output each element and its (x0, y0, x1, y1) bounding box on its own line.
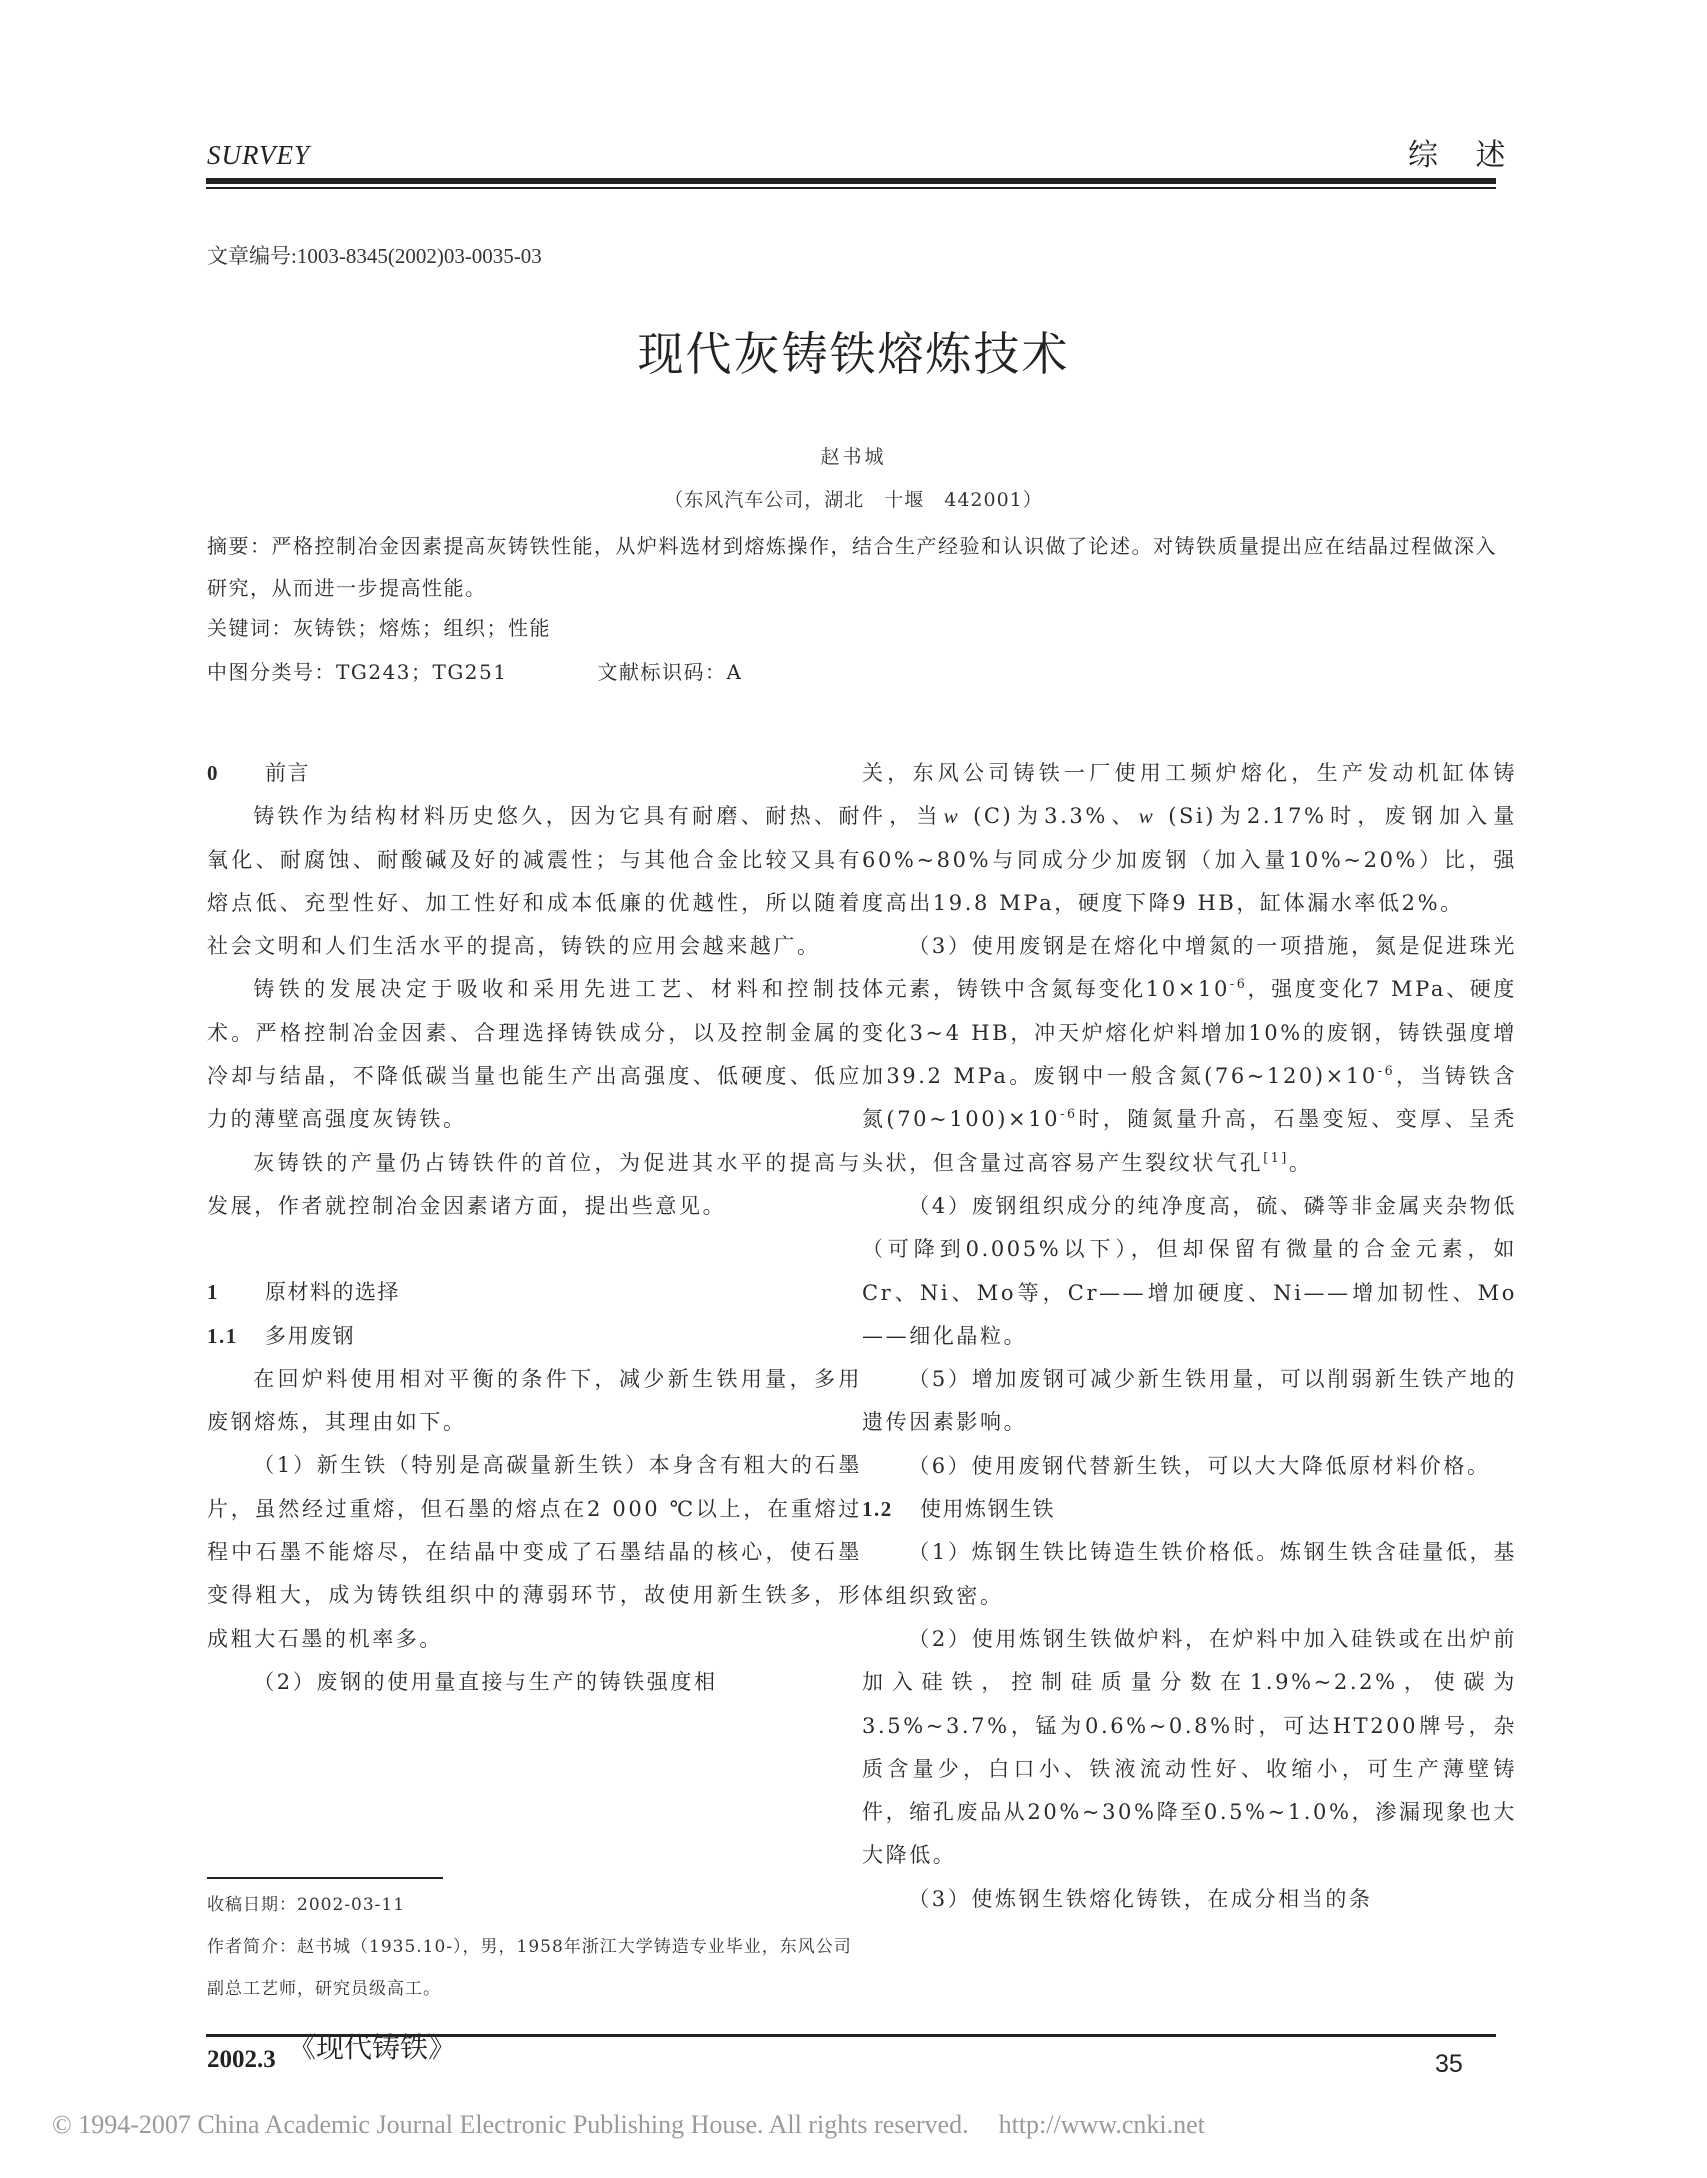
page-number: 35 (1435, 2050, 1463, 2079)
author-affiliation: （东风汽车公司，湖北 十堰 442001） (0, 485, 1707, 512)
running-head-section-en: SURVEY (207, 140, 310, 171)
keywords-label: 关键词： (207, 616, 293, 640)
doc-code: A (726, 660, 742, 684)
author-bio: 作者简介：赵书城（1935.10-），男，1958年浙江大学铸造专业毕业，东风公… (207, 1926, 857, 2010)
paragraph: （1）新生铁（特别是高碳量新生铁）本身含有粗大的石墨片，虽然经过重熔，但石墨的熔… (207, 1444, 862, 1660)
right-column: 关，东风公司铸铁一厂使用工频炉熔化，生产发动机缸体铸件，当w (C)为3.3%、… (862, 752, 1517, 1921)
clc-code: TG243；TG251 (336, 660, 507, 684)
paragraph: （2）使用炼钢生铁做炉料，在炉料中加入硅铁或在出炉前加入硅铁，控制硅质量分数在1… (862, 1618, 1517, 1878)
header-rule-thick (206, 178, 1496, 184)
section-number: 1.2 (862, 1488, 920, 1531)
received-date: 收稿日期：2002-03-11 (207, 1884, 857, 1926)
section-heading-1-1: 1.1多用废钢 (207, 1315, 862, 1358)
paragraph: （3）使用废钢是在熔化中增氮的一项措施，氮是促进珠光体元素，铸铁中含氮每变化10… (862, 925, 1517, 1185)
paper-title: 现代灰铸铁熔炼技术 (0, 318, 1707, 384)
paragraph: （4）废钢组织成分的纯净度高，硫、磷等非金属夹杂物低（可降到0.005%以下），… (862, 1185, 1517, 1358)
article-number: 文章编号:1003-8345(2002)03-0035-03 (207, 240, 542, 270)
keywords: 关键词：灰铸铁；熔炼；组织；性能 (207, 612, 1497, 641)
footnote-rule (207, 1877, 443, 1879)
running-head-section-zh: 综 述 (1408, 130, 1520, 174)
keywords-text: 灰铸铁；熔炼；组织；性能 (293, 616, 551, 640)
doc-code-label: 文献标识码： (597, 660, 726, 684)
paragraph: 灰铸铁的产量仍占铸铁件的首位，为促进其水平的提高与发展，作者就控制冶金因素诸方面… (207, 1142, 862, 1229)
section-title: 多用废钢 (265, 1324, 355, 1348)
section-heading-1: 1原材料的选择 (207, 1271, 862, 1314)
footer-issue: 2002.3 (207, 2046, 276, 2074)
header-rule-thin (206, 187, 1496, 189)
left-column: 0前言 铸铁作为结构材料历史悠久，因为它具有耐磨、耐热、耐氧化、耐腐蚀、耐酸碱及… (207, 752, 862, 1704)
cnki-link[interactable]: http://www.cnki.net (999, 2110, 1205, 2139)
section-number: 1 (207, 1271, 265, 1314)
classification-line: 中图分类号：TG243；TG251文献标识码：A (207, 656, 1497, 685)
abstract-label: 摘要： (207, 534, 272, 558)
section-title: 使用炼钢生铁 (920, 1497, 1055, 1521)
footer-journal-name: 《现代铸铁》 (288, 2026, 456, 2066)
paragraph: （5）增加废钢可减少新生铁用量，可以削弱新生铁产地的遗传因素影响。 (862, 1358, 1517, 1445)
section-heading-1-2: 1.2使用炼钢生铁 (862, 1488, 1517, 1531)
clc-label: 中图分类号： (207, 660, 336, 684)
paragraph: （6）使用废钢代替新生铁，可以大大降低原材料价格。 (862, 1445, 1517, 1488)
footnotes: 收稿日期：2002-03-11 作者简介：赵书城（1935.10-），男，195… (207, 1884, 857, 2010)
section-title: 前言 (265, 761, 310, 785)
copyright-text: © 1994-2007 China Academic Journal Elect… (52, 2110, 969, 2139)
paragraph: 铸铁的发展决定于吸收和采用先进工艺、材料和控制技术。严格控制冶金因素、合理选择铸… (207, 968, 862, 1141)
abstract-text: 严格控制冶金因素提高灰铸铁性能，从炉料选材到熔炼操作，结合生产经验和认识做了论述… (207, 534, 1497, 600)
citation-ref[interactable]: [1] (1263, 1150, 1289, 1165)
section-number: 0 (207, 752, 265, 795)
paragraph: 关，东风公司铸铁一厂使用工频炉熔化，生产发动机缸体铸件，当w (C)为3.3%、… (862, 752, 1517, 925)
paragraph: （2）废钢的使用量直接与生产的铸铁强度相 (207, 1661, 862, 1704)
abstract: 摘要：严格控制冶金因素提高灰铸铁性能，从炉料选材到熔炼操作，结合生产经验和认识做… (207, 525, 1497, 609)
section-number: 1.1 (207, 1315, 265, 1358)
section-heading-0: 0前言 (207, 752, 862, 795)
author-name: 赵书城 (0, 442, 1707, 469)
copyright-notice: © 1994-2007 China Academic Journal Elect… (52, 2110, 1205, 2140)
paragraph: （3）使炼钢生铁熔化铸铁，在成分相当的条 (862, 1878, 1517, 1921)
paragraph: 铸铁作为结构材料历史悠久，因为它具有耐磨、耐热、耐氧化、耐腐蚀、耐酸碱及好的减震… (207, 795, 862, 968)
paragraph: 在回炉料使用相对平衡的条件下，减少新生铁用量，多用废钢熔炼，其理由如下。 (207, 1358, 862, 1445)
section-title: 原材料的选择 (265, 1280, 400, 1304)
paragraph: （1）炼钢生铁比铸造生铁价格低。炼钢生铁含硅量低，基体组织致密。 (862, 1531, 1517, 1618)
